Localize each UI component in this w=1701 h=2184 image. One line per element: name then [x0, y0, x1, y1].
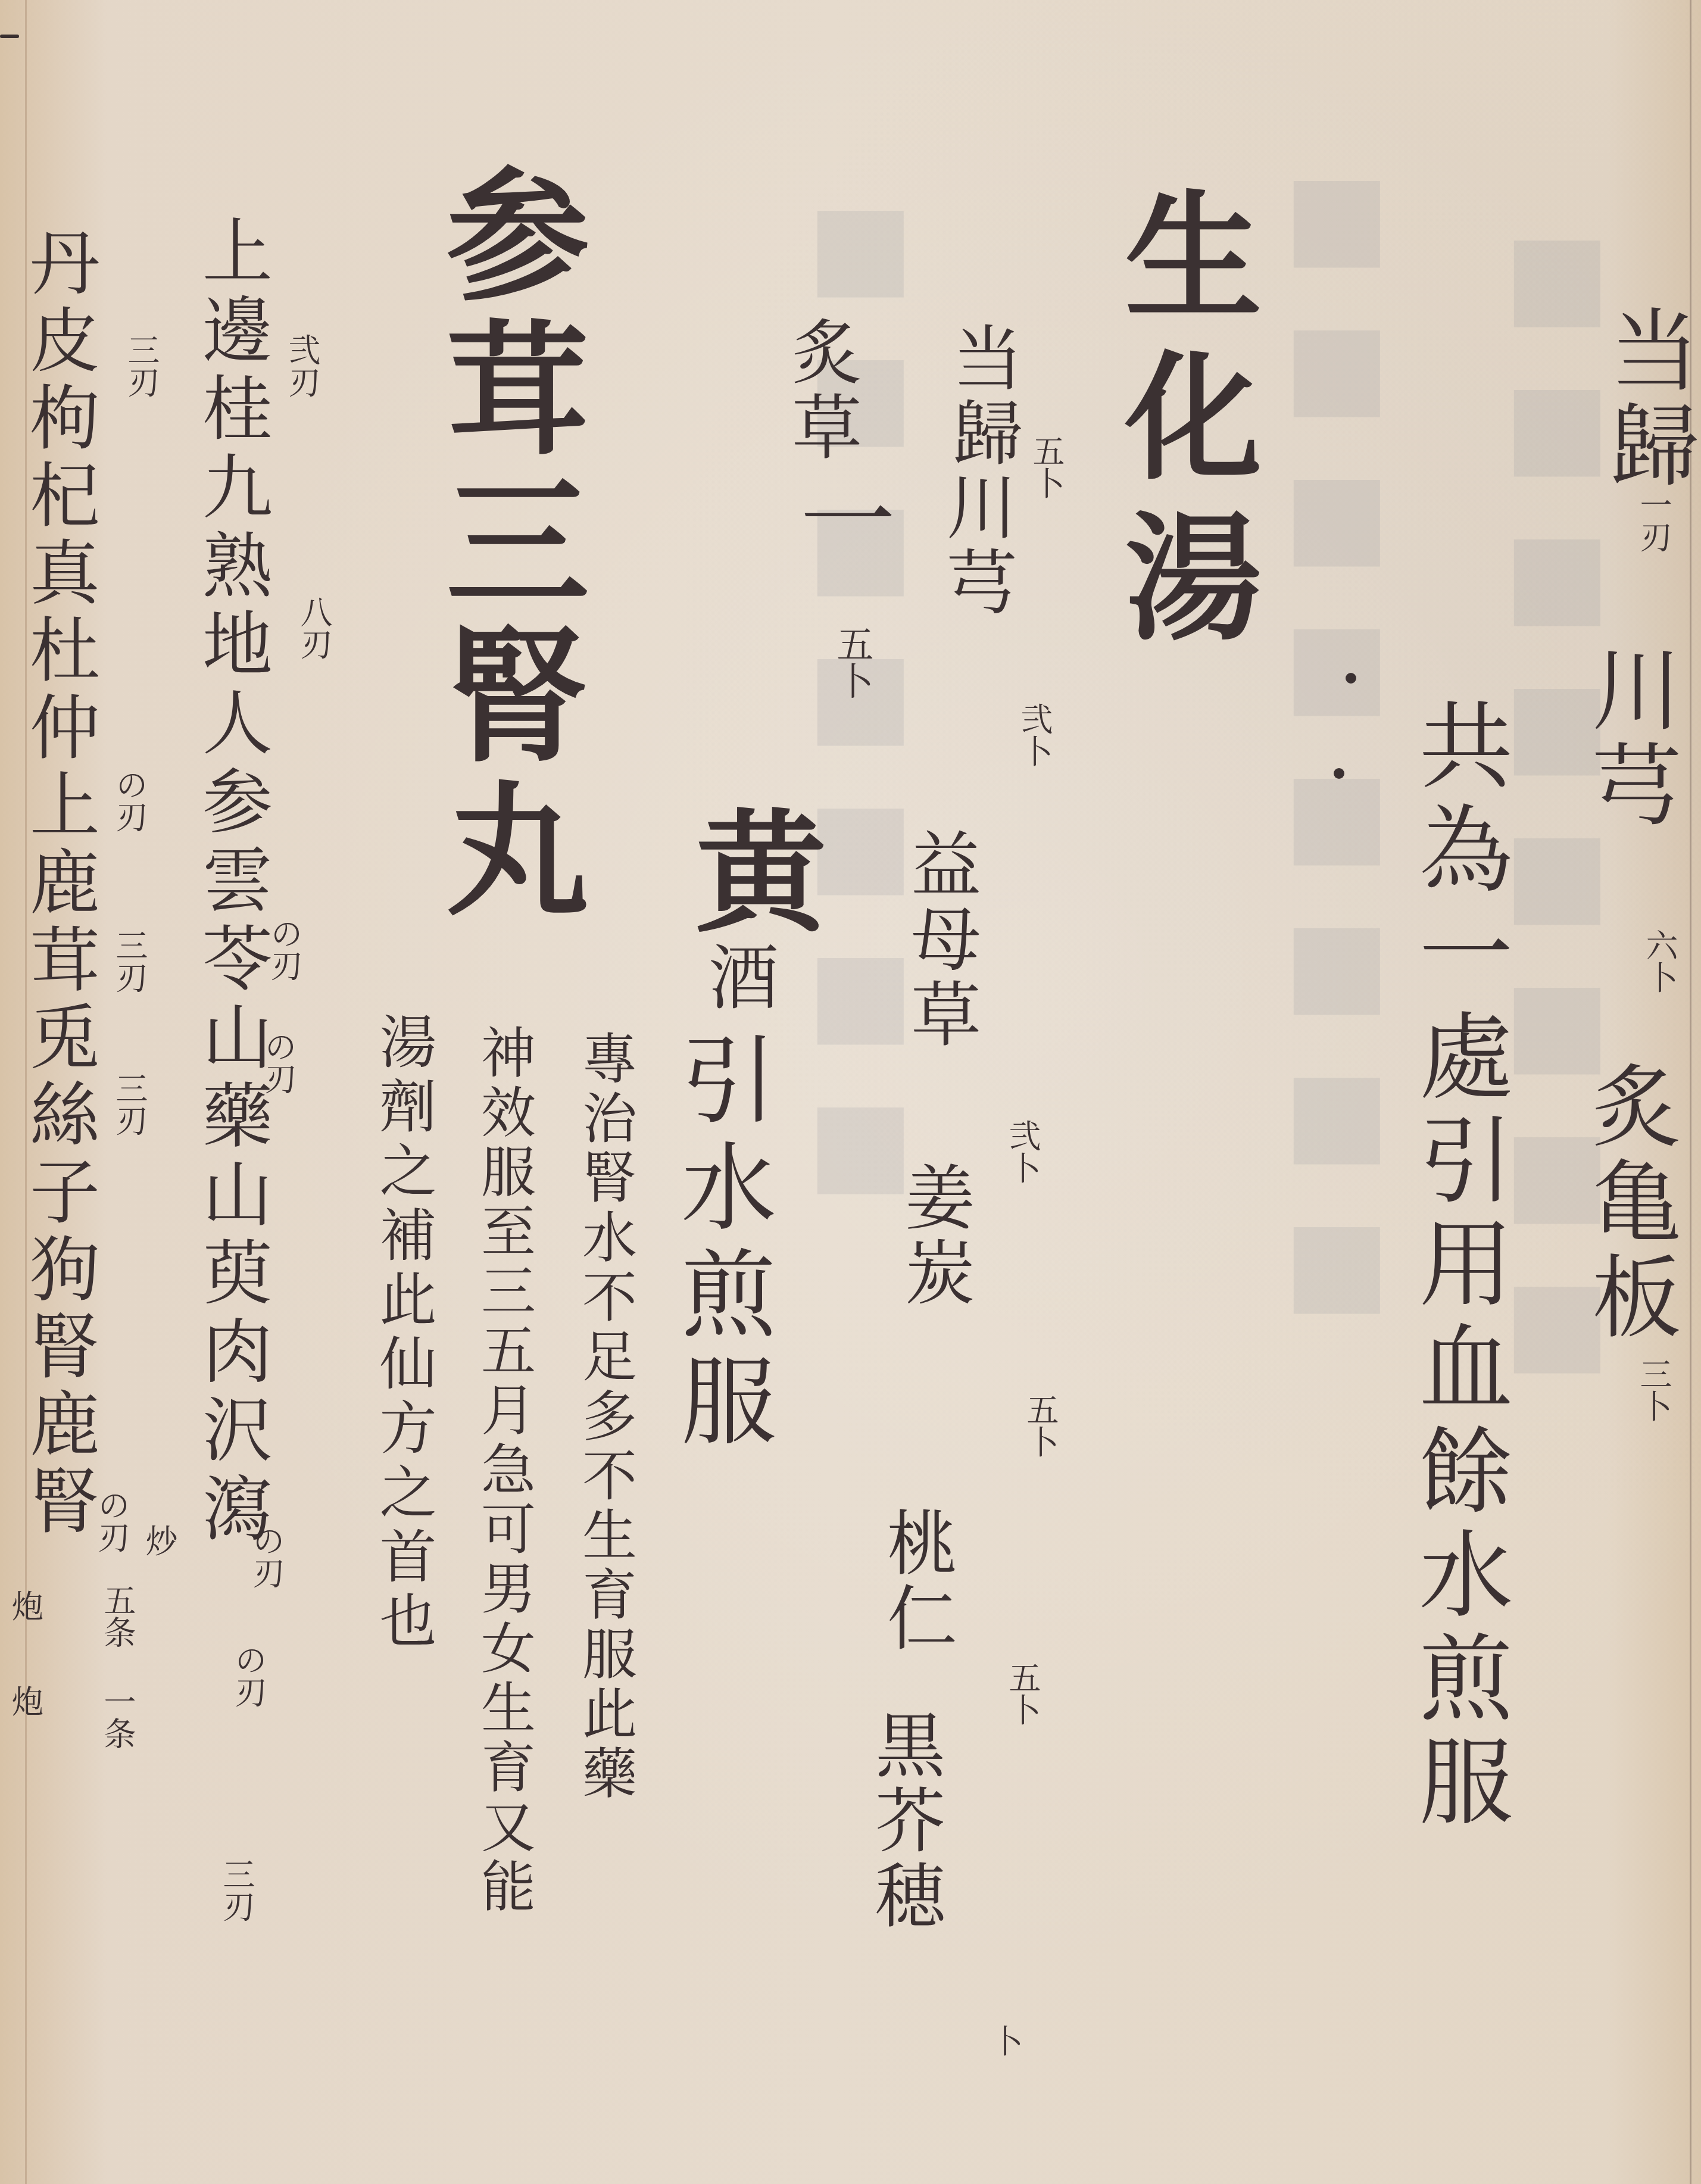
- dose-annotation: 五条: [101, 1584, 133, 1648]
- ingredient-yimucao: 益母草: [905, 828, 975, 1053]
- repeat-mark: 一: [792, 470, 887, 568]
- dose-annotation: 三刃: [125, 333, 157, 398]
- formula-closing-note: 湯劑之補此仙方之首也: [375, 1012, 432, 1655]
- right-ingredient-danggui: 当歸: [1602, 304, 1691, 494]
- ingredient-zhicao: 炙草: [786, 316, 856, 466]
- dose-annotation: 五卜: [1006, 1661, 1038, 1726]
- dose-annotation: 弐刃: [286, 333, 318, 398]
- ingredient-column-1: 上邊桂九熟地人参雲苓山藥山萸肉沢瀉: [196, 214, 267, 1550]
- dose-annotation: 弐卜: [1006, 1119, 1038, 1184]
- dose-annotation: 五卜: [834, 625, 870, 699]
- ingredient-jiangtan: 姜炭: [899, 1161, 969, 1311]
- dose-annotation: 三卜: [1637, 1358, 1669, 1422]
- dose-annotation: 三刃: [220, 1858, 252, 1922]
- prep-annotation: 炮: [9, 1590, 41, 1622]
- decoction-instruction: 引水煎服: [673, 1030, 768, 1459]
- prep-annotation: 炮: [9, 1685, 41, 1717]
- dose-annotation: の刃: [232, 1643, 264, 1708]
- dose-annotation: の刃: [268, 917, 300, 981]
- formula-title-shenrongsanshenwan: 参茸三腎丸: [435, 161, 578, 929]
- ingredient-huang: 黄: [685, 804, 816, 959]
- right-ingredient-zhiguiban: 炙亀板: [1584, 1060, 1673, 1346]
- dose-annotation: 一刃: [1637, 488, 1669, 553]
- ingredient-taoren: 桃仁: [881, 1506, 951, 1656]
- dose-annotation: の刃: [250, 1524, 282, 1589]
- dose-annotation: の刃: [95, 1489, 127, 1553]
- right-ingredient-chuanxiong: 川芎: [1584, 643, 1673, 834]
- punctuation-dot: [1334, 768, 1344, 779]
- ingredient-column-2: 丹皮枸杞真杜仲上鹿茸兎絲子狗腎鹿腎: [24, 226, 94, 1542]
- dose-annotation: 一条: [101, 1685, 133, 1749]
- preparation-instructions: 共為一處引用血餘水煎服: [1411, 697, 1505, 1836]
- margin-tick-mark: [0, 35, 19, 38]
- dose-annotation: 六卜: [1643, 929, 1675, 993]
- dose-annotation: 八刃: [298, 595, 330, 660]
- ingredient-note-wine: 酒: [703, 941, 773, 1016]
- ingredient-chuanxiong: 川芎: [941, 470, 1011, 620]
- dose-annotation: 五卜: [1024, 1393, 1056, 1458]
- dose-annotation: 弐卜: [1018, 703, 1050, 767]
- dose-annotation: 三刃: [113, 1072, 145, 1136]
- dose-annotation: の刃: [262, 1030, 294, 1094]
- prep-annotation: 炒: [143, 1524, 175, 1556]
- formula-efficacy: 神效服至三五月急可男女生育又能: [476, 1024, 531, 1917]
- dose-annotation: 三刃: [113, 929, 145, 993]
- dose-annotation: 五卜: [1030, 435, 1062, 499]
- dose-annotation: の刃: [113, 768, 145, 832]
- formula-title-shenghuatang: 生化湯: [1113, 185, 1250, 667]
- ingredient-heijiesui: 黒芥穂: [869, 1709, 940, 1934]
- manuscript-page: ■■■■■■■ ■■■■■■■■ ■■■■■■■■ 当歸 一刃 川芎 六卜 炙亀…: [0, 0, 1701, 2184]
- show-through-ghost-text: ■■■■■■■■: [1280, 149, 1393, 1344]
- ingredient-danggui: 当歸: [947, 322, 1017, 472]
- punctuation-dot: [1346, 673, 1356, 684]
- formula-indication: 專治腎水不足多不生育服此藥: [578, 1030, 632, 1804]
- dose-annotation: 卜: [988, 2024, 1020, 2057]
